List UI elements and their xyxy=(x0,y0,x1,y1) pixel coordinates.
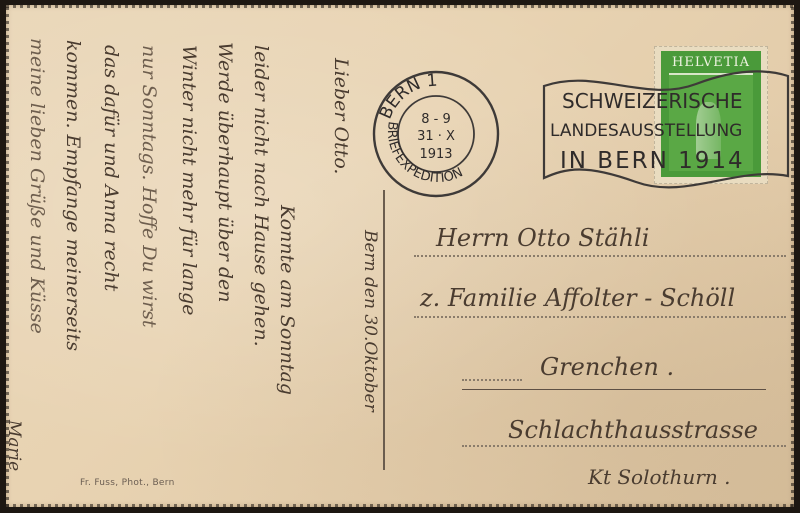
message-line-3: Werde überhaupt über den xyxy=(214,42,236,303)
address-rule-3-dotted xyxy=(462,379,522,381)
address-rule-2 xyxy=(414,316,786,318)
publisher-imprint: Fr. Fuss, Phot., Bern xyxy=(80,478,175,488)
postmark-time: 8 - 9 xyxy=(421,112,451,127)
slogan-cancel: SCHWEIZERISCHE LANDESAUSSTELLUNG IN BERN… xyxy=(536,58,794,198)
circular-postmark: BERN 1 BRIEFEXPEDITION 8 - 9 31 · X 1913 xyxy=(360,68,510,198)
address-rule-3 xyxy=(462,389,766,390)
address-line-5: Kt Solothurn . xyxy=(588,465,730,489)
slogan-line-2: LANDESAUSSTELLUNG xyxy=(550,121,742,141)
address-line-2: z. Familie Affolter - Schöll xyxy=(420,284,735,312)
message-line-6: das dafür und Anna recht xyxy=(100,45,122,291)
address-rule-4 xyxy=(462,445,786,447)
message-line-5: nur Sonntags. Hoffe Du wirst xyxy=(138,45,160,328)
message-dateline: Bern den 30.Oktober xyxy=(360,230,380,412)
address-rule-1 xyxy=(414,255,786,257)
slogan-line-3: IN BERN 1914 xyxy=(560,148,745,174)
message-greeting: Lieber Otto. xyxy=(330,58,352,174)
message-line-7: kommen. Empfange meinerseits xyxy=(62,40,84,351)
postmark-year: 1913 xyxy=(419,147,452,162)
postmark-date: 31 · X xyxy=(417,129,455,144)
message-line-8: meine lieben Grüße und Küsse xyxy=(26,38,48,334)
address-line-4: Schlachthausstrasse xyxy=(508,416,758,444)
address-line-3: Grenchen . xyxy=(540,353,674,381)
address-line-1: Herrn Otto Stähli xyxy=(436,224,649,252)
message-line-1: Konnte am Sonntag xyxy=(276,205,298,395)
slogan-line-1: SCHWEIZERISCHE xyxy=(562,89,742,113)
deckle-edge-bottom xyxy=(6,504,794,507)
deckle-edge-top xyxy=(6,5,794,8)
message-signature: Marie xyxy=(4,420,24,471)
message-line-4: Winter nicht mehr für lange xyxy=(178,45,200,315)
divider-line xyxy=(383,190,385,470)
message-line-2: leider nicht nach Hause gehen. xyxy=(250,45,272,347)
